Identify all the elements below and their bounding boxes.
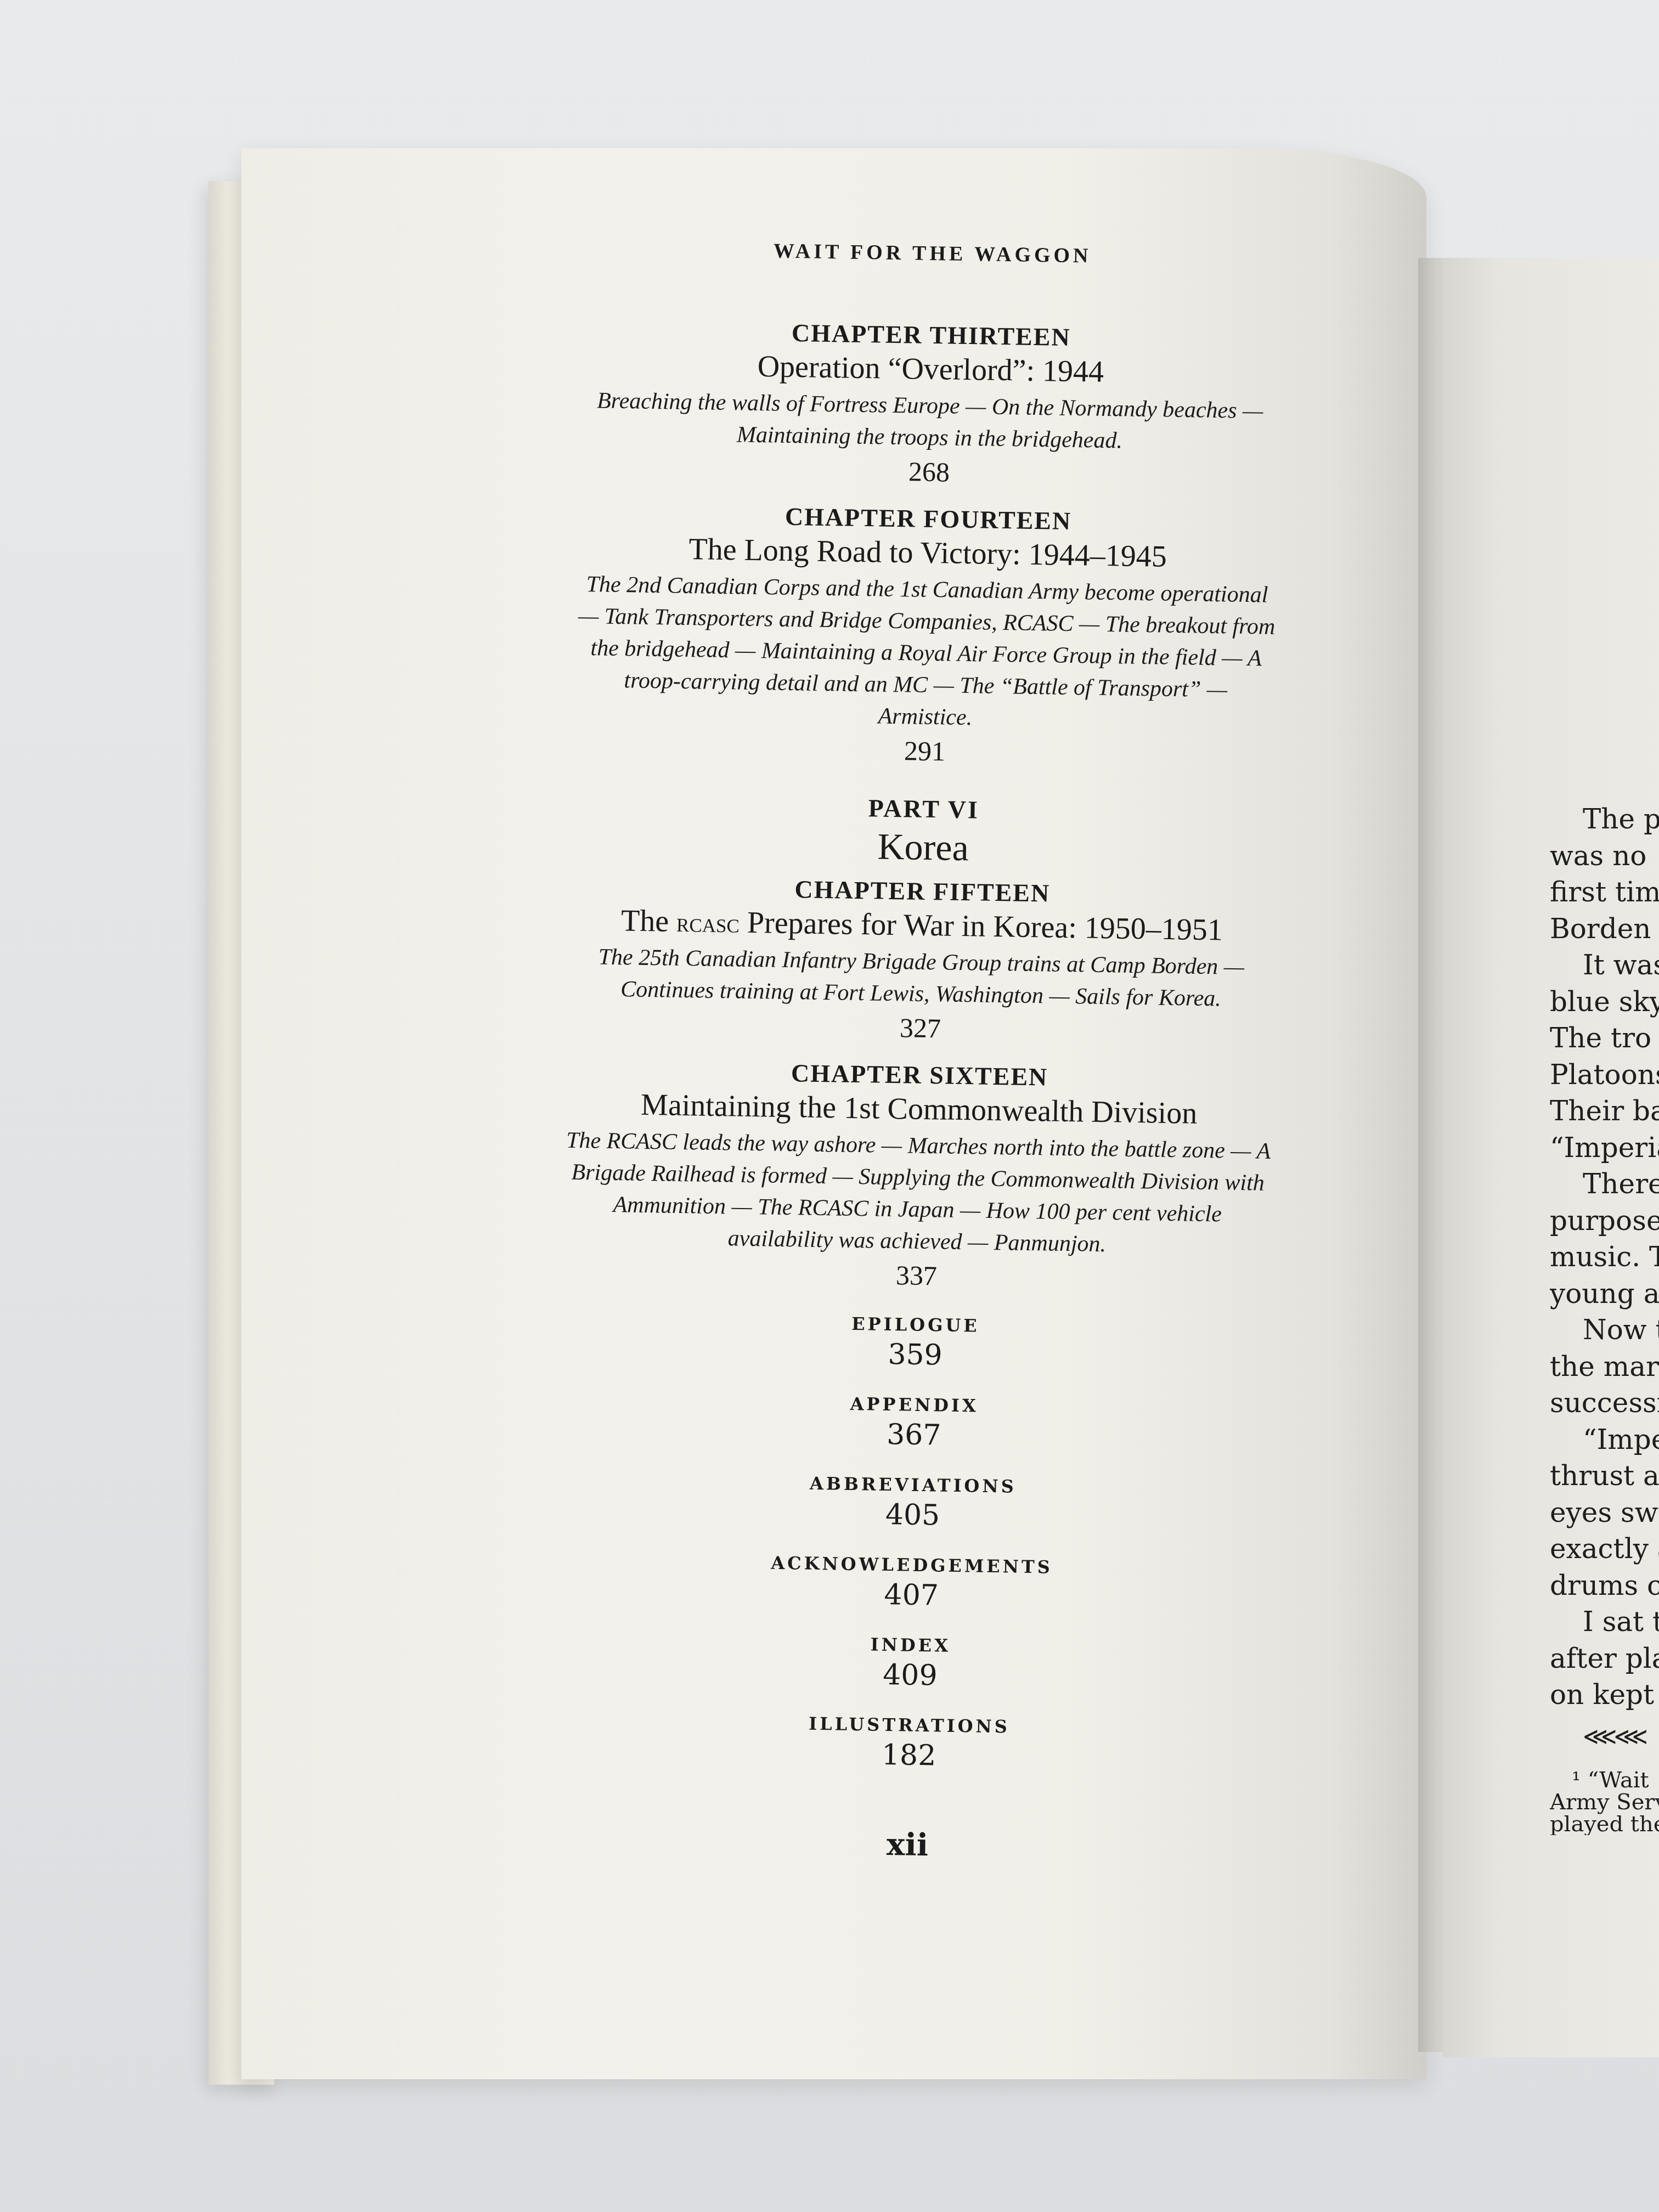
ornament-icon: ⋘⋘ (1550, 1719, 1659, 1756)
toc-entry-appendix: APPENDIX 367 (518, 1388, 1309, 1458)
toc-entry-epilogue: EPILOGUE 359 (520, 1308, 1311, 1378)
toc-entry-index: INDEX 409 (515, 1628, 1306, 1698)
chapter-description: The 25th Canadian Infantry Brigade Group… (591, 941, 1251, 1015)
text-line: the mar (1550, 1348, 1659, 1385)
chapter-title-abbrev: RCASC (676, 907, 740, 939)
toc-entry-illustrations: ILLUSTRATIONS 182 (513, 1708, 1304, 1778)
text-line: “Impe (1550, 1421, 1659, 1458)
text-line: There (1550, 1166, 1659, 1203)
text-line: Their ba (1550, 1093, 1659, 1130)
toc-entry-chapter-13: CHAPTER THIRTEEN Operation “Overlord”: 1… (534, 314, 1327, 494)
facing-page-lines: The pwas nofirst timeBorden wIt wasblue … (1550, 801, 1659, 1713)
toc-entry-chapter-14: CHAPTER FOURTEEN The Long Road to Victor… (529, 498, 1323, 774)
table-of-contents: WAIT FOR THE WAGGON CHAPTER THIRTEEN Ope… (512, 235, 1328, 1869)
chapter-description: Breaching the walls of Fortress Europe —… (595, 385, 1265, 459)
text-line: purposef (1550, 1203, 1659, 1239)
text-line: blue sky (1550, 984, 1659, 1020)
chapter-title-text: Prepares for War in Korea: 1950–1951 (739, 906, 1223, 947)
text-line: successio (1550, 1385, 1659, 1421)
text-line: music. T (1550, 1239, 1659, 1276)
text-line: It was (1550, 947, 1659, 984)
text-line: exactly a (1550, 1531, 1659, 1567)
text-line: on kept (1550, 1677, 1659, 1713)
footnote-line: played the (1550, 1813, 1659, 1835)
toc-part-heading: PART VI Korea (528, 788, 1319, 876)
text-line: drums c (1550, 1567, 1659, 1604)
text-line: Borden w (1550, 911, 1659, 947)
text-line: first time (1550, 874, 1659, 911)
text-line: Platoons (1550, 1057, 1659, 1093)
text-line: Now t (1550, 1312, 1659, 1348)
text-line: thrust a (1550, 1458, 1659, 1494)
text-line: eyes swu (1550, 1494, 1659, 1531)
text-line: “Imperia (1550, 1130, 1659, 1166)
chapter-description: The RCASC leads the way ashore — Marches… (560, 1125, 1275, 1263)
text-line: The p (1550, 801, 1659, 838)
toc-entry-abbreviations: ABBREVIATIONS 405 (517, 1468, 1308, 1538)
text-line: young a (1550, 1276, 1659, 1312)
chapter-description: The 2nd Canadian Corps and the 1st Canad… (574, 568, 1278, 738)
toc-back-matter: EPILOGUE 359 APPENDIX 367 ABBREVIATIONS … (513, 1308, 1311, 1778)
footnote-line: Army Serv (1550, 1791, 1659, 1813)
chapter-title-text: The (621, 904, 677, 939)
facing-page-text: The pwas nofirst timeBorden wIt wasblue … (1550, 801, 1659, 1835)
toc-entry-chapter-16: CHAPTER SIXTEEN Maintaining the 1st Comm… (521, 1054, 1314, 1298)
text-line: after pla (1550, 1640, 1659, 1677)
text-line: The tro (1550, 1020, 1659, 1057)
text-line: was no (1550, 838, 1659, 874)
footnote-line: ¹ “Wait (1550, 1769, 1659, 1791)
toc-entry-acknowledgements: ACKNOWLEDGEMENTS 407 (516, 1548, 1307, 1618)
toc-entry-chapter-15: CHAPTER FIFTEEN The RCASC Prepares for W… (525, 871, 1318, 1051)
facing-page-footnote: ¹ “WaitArmy Servplayed the (1550, 1769, 1659, 1835)
text-line: I sat t (1550, 1604, 1659, 1640)
